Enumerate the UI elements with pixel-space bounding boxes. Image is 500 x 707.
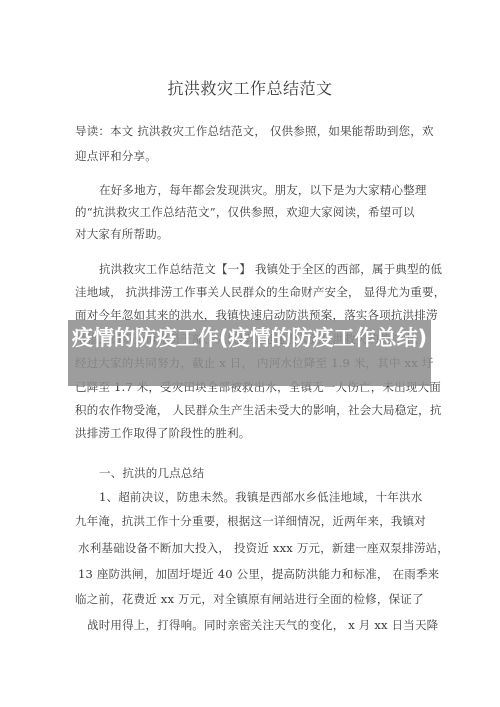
paragraph-line: 战时用得上，打得响。同时亲密关注天气的变化， x 月 xx 日当天降	[87, 618, 438, 632]
paragraph-line: 的“抗洪救灾工作总结范文”，仅供参照，欢迎大家阅读，希望可以	[75, 205, 415, 219]
paragraph-line: 九年淹，抗洪工作十分重要，根据这一详细情况，近两年来，我镇对	[75, 514, 426, 528]
overlay-banner-text: 疫情的防疫工作(疫情的防疫工作总结)	[68, 324, 431, 353]
paragraph-line: 积的农作物受淹， 人民群众生产生活未受大的影响，社会大局稳定，抗	[75, 403, 442, 417]
paragraph-line: 在好多地方，每年都会发现洪灾。朋友，以下是为大家精心整理	[99, 183, 427, 197]
paragraph-line: 抗洪救灾工作总结范文【一】 我镇处于全区的西部，属于典型的低	[99, 262, 442, 276]
paragraph-line: 13 座防洪闸，加固圩堤近 40 公里，提高防洪能力和标准， 在雨季来	[78, 567, 439, 581]
document-title: 抗洪救灾工作总结范文	[0, 76, 500, 99]
section-heading: 一、抗洪的几点总结	[99, 466, 204, 480]
paragraph-line: 1、超前决议，防患未然。我镇是西部水乡低洼地域，十年洪水	[99, 490, 422, 504]
paragraph-line: 洪排涝工作取得了阶段性的胜利。	[75, 426, 251, 440]
document-page: 抗洪救灾工作总结范文 导读：本文 抗洪救灾工作总结范文， 仅供参照，如果能帮助到…	[0, 0, 500, 707]
paragraph-line: 洼地域， 抗洪排涝工作事关人民群众的生命财产安全， 显得尤为重要，	[75, 285, 445, 299]
paragraph-line: 水利基础设备不断加大投入， 投资近 xxx 万元，新建一座双泵排涝站，	[78, 541, 449, 555]
paragraph-line: 导读：本文 抗洪救灾工作总结范文， 仅供参照，如果能帮助到您，欢	[75, 124, 434, 138]
paragraph-line: 对大家有所帮助。	[75, 227, 169, 241]
title-overlay-banner: 疫情的防疫工作(疫情的防疫工作总结)	[68, 320, 431, 386]
paragraph-line: 临之前，花费近 xx 万元，对全镇原有闸站进行全面的检修，保证了	[75, 592, 424, 606]
paragraph-line: 迎点评和分享。	[75, 149, 157, 163]
